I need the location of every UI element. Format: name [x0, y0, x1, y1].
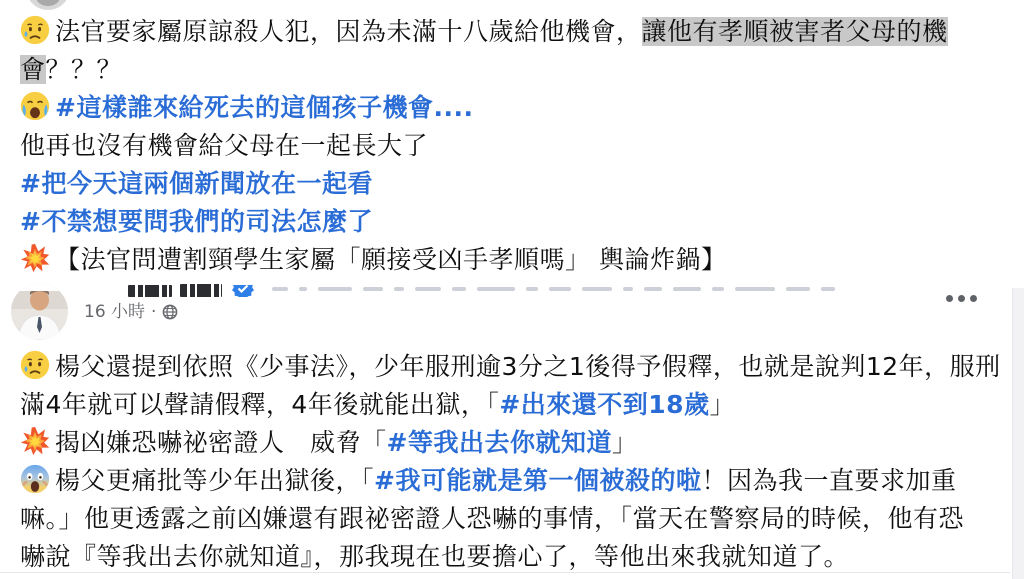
post-text-line: #不禁想要問我們的司法怎麼了: [20, 203, 1020, 241]
sad-tear-emoji: [20, 15, 50, 45]
post-text-line: 【法官問遭割頸學生家屬「願接受凶手孝順嗎」 輿論炸鍋】: [20, 241, 1020, 279]
post-options-menu[interactable]: [942, 291, 981, 306]
screaming-emoji: [20, 464, 50, 494]
post-text: ！因為我一直要求加重: [701, 466, 956, 495]
author-name-clipped[interactable]: [128, 283, 256, 297]
verified-badge-icon: [230, 285, 256, 297]
menu-dot: [946, 295, 953, 302]
post-text-line: 嘛。」他更透露之前凶嫌還有跟祕密證人恐嚇的事情，「當天在警察局的時候，他有恐: [20, 500, 1020, 538]
facebook-feed: 法官要家屬原諒殺人犯，因為未滿十八歲給他機會，讓他有孝順被害者父母的機 會？？？…: [0, 0, 1024, 579]
post-text: 法官要家屬原諒殺人犯，因為未滿十八歲給他機會，: [55, 17, 642, 46]
post-1-text-block: 法官要家屬原諒殺人犯，因為未滿十八歲給他機會，讓他有孝順被害者父母的機 會？？？…: [20, 13, 1020, 279]
menu-dot: [958, 295, 965, 302]
post-text-line: 他再也沒有機會給父母在一起長大了: [20, 127, 1020, 165]
post-text-line: #這樣誰來給死去的這個孩子機會....: [20, 89, 1020, 127]
previous-post-avatar-fragment: [26, 0, 70, 10]
selected-text: 讓他有孝順被害者父母的機: [642, 17, 948, 46]
hashtag-link[interactable]: #等我出去你就知道: [387, 428, 612, 457]
avatar-clip-band: [11, 283, 68, 291]
post-text: 【法官問遭割頸學生家屬「願接受凶手孝順嗎」 輿論炸鍋】: [55, 245, 726, 274]
post-text: 」: [612, 428, 638, 457]
hashtag-link[interactable]: #這樣誰來給死去的這個孩子機會....: [55, 93, 473, 122]
post-text-line: 楊父還提到依照《少事法》，少年服刑逾3分之1後得予假釋，也就是說判12年，服刑: [20, 348, 1020, 386]
selected-text: 會: [20, 55, 46, 84]
faded-title-remnants: [272, 287, 835, 291]
meta-separator: ·: [151, 302, 156, 322]
name-fragment: [128, 285, 172, 297]
post-text-line: 滿4年就可以聲請假釋，4年後就能出獄，「#出來還不到18歲」: [20, 386, 1020, 424]
menu-dot: [970, 295, 977, 302]
avatar-fragment-detail: [36, 0, 60, 6]
post-text: 楊父還提到依照《少事法》，少年服刑逾3分之1後得予假釋，也就是說判12年，服刑: [55, 352, 1001, 381]
post-text: 嘛。」他更透露之前凶嫌還有跟祕密證人恐嚇的事情，「當天在警察局的時候，他有恐: [20, 504, 964, 533]
timestamp-link[interactable]: 16 小時: [84, 302, 145, 322]
post-text: 」: [710, 390, 736, 419]
post-text: 揭凶嫌恐嚇祕密證人 威脅「: [55, 428, 387, 457]
post-meta-row: 16 小時 ·: [84, 302, 178, 322]
avatar[interactable]: [11, 283, 68, 340]
post-text-line: 嚇說『等我出去你就知道』，那我現在也要擔心了，等他出來我就知道了。: [20, 538, 1020, 576]
name-fragment: [180, 284, 222, 297]
hashtag-link[interactable]: #把今天這兩個新聞放在一起看: [20, 169, 373, 198]
post-text: 嚇說『等我出去你就知道』，那我現在也要擔心了，等他出來我就知道了。: [20, 542, 849, 571]
hashtag-link[interactable]: #我可能就是第一個被殺的啦: [374, 466, 701, 495]
collision-emoji: [20, 426, 50, 456]
hashtag-link[interactable]: #出來還不到18歲: [499, 390, 709, 419]
post-text-line: 楊父更痛批等少年出獄後，「#我可能就是第一個被殺的啦！因為我一直要求加重: [20, 462, 1020, 500]
post-text-line: #把今天這兩個新聞放在一起看: [20, 165, 1020, 203]
post-text-line: 揭凶嫌恐嚇祕密證人 威脅「#等我出去你就知道」: [20, 424, 1020, 462]
hashtag-link[interactable]: #不禁想要問我們的司法怎麼了: [20, 207, 373, 236]
post-2-text-block: 楊父還提到依照《少事法》，少年服刑逾3分之1後得予假釋，也就是說判12年，服刑 …: [20, 348, 1020, 576]
post-text: 他再也沒有機會給父母在一起長大了: [20, 131, 428, 160]
post-text-line: 會？？？: [20, 51, 1020, 89]
sad-tear-emoji: [20, 350, 50, 380]
content-edge-strip: [1012, 288, 1024, 579]
collision-emoji: [20, 243, 50, 273]
globe-icon: [162, 304, 178, 320]
loudly-crying-emoji: [20, 91, 50, 121]
post-text: 楊父更痛批等少年出獄後，「: [55, 466, 374, 495]
post-text-line: 法官要家屬原諒殺人犯，因為未滿十八歲給他機會，讓他有孝順被害者父母的機: [20, 13, 1020, 51]
post-divider: [0, 572, 1010, 573]
post-text: 滿4年就可以聲請假釋，4年後就能出獄，「: [20, 390, 499, 419]
post-text: ？？？: [46, 55, 123, 84]
